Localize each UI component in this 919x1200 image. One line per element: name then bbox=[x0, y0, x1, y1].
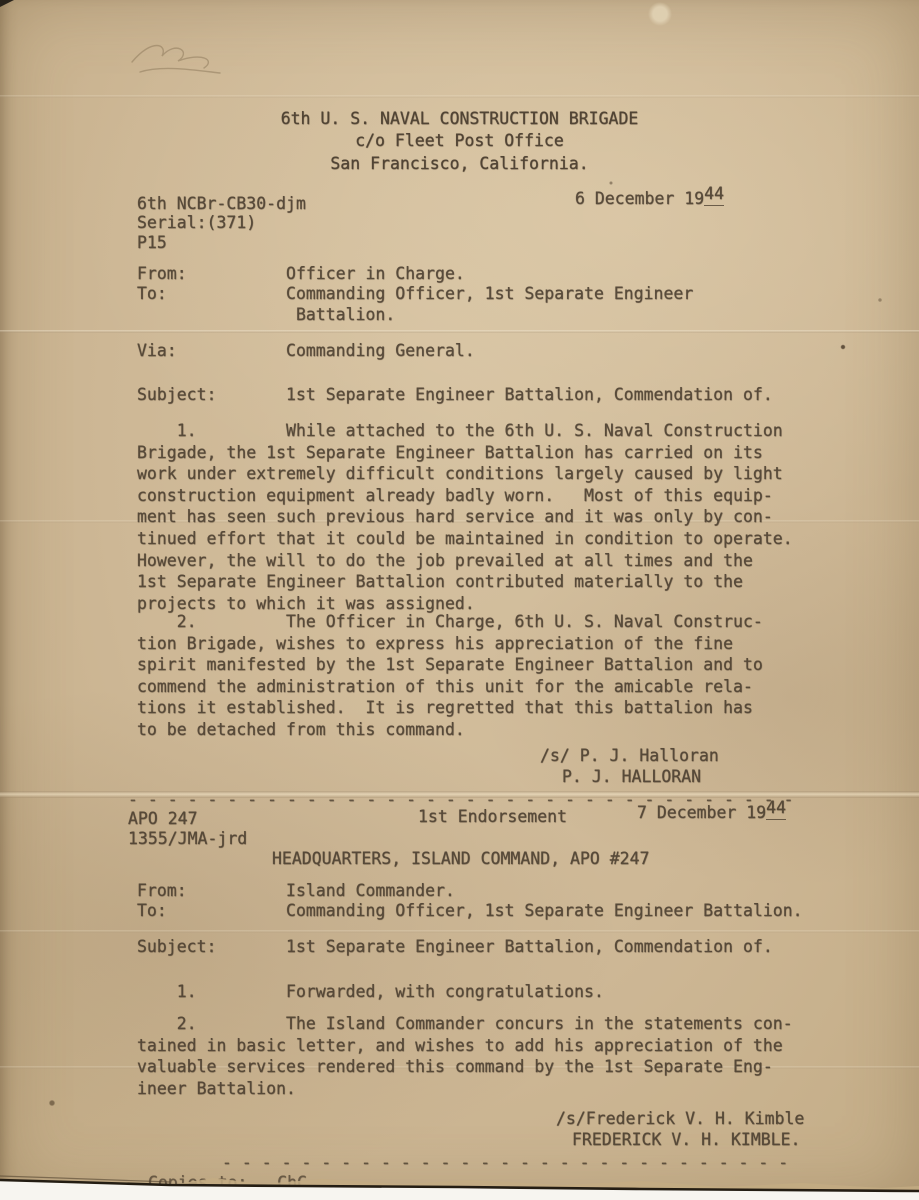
letter-reference-block: 6th NCBr-CB30-djm Serial:(371) P15 bbox=[137, 194, 306, 252]
endorsement-date-main: 7 December 19 bbox=[637, 803, 766, 822]
endorsement-date-year-superscript: 44 bbox=[766, 797, 786, 820]
letter-subject-line: Subject: 1st Separate Engineer Battalion… bbox=[137, 384, 773, 406]
endorsement-paragraph-2: 2. The Island Commander concurs in the s… bbox=[137, 1013, 793, 1099]
endorsement-address-block: From: Island Commander. To: Commanding O… bbox=[137, 881, 803, 922]
footer-distribution-line: Copies to: ChC bbox=[148, 1172, 307, 1185]
corner-tear bbox=[0, 0, 14, 7]
letter-paragraph-1: 1. While attached to the 6th U. S. Naval… bbox=[137, 420, 793, 614]
endorsement-date: 7 December 1944 bbox=[637, 802, 786, 825]
endorsement-signature-slash: /s/Frederick V. H. Kimble bbox=[556, 1108, 804, 1130]
letter-date: 6 December 1944 bbox=[575, 188, 724, 211]
letter-address-block: From: Officer in Charge. To: Commanding … bbox=[137, 264, 693, 325]
endorsement-apo: APO 247 bbox=[128, 808, 198, 830]
scanned-letter: 6th U. S. NAVAL CONSTRUCTION BRIGADE c/o… bbox=[0, 0, 919, 1200]
bottom-divider: - - - - - - - - - - - - - - - - - - - - … bbox=[222, 1152, 788, 1174]
letter-signature-typed: P. J. HALLORAN bbox=[562, 766, 701, 788]
endorsement-paragraph-1: 1. Forwarded, with congratulations. bbox=[137, 981, 604, 1003]
endorsement-reference: 1355/JMA-jrd bbox=[128, 828, 247, 850]
endorsement-signature-typed: FREDERICK V. H. KIMBLE. bbox=[572, 1129, 800, 1151]
endorsement-subject-line: Subject: 1st Separate Engineer Battalion… bbox=[137, 936, 773, 958]
letter-via-line: Via: Commanding General. bbox=[137, 340, 475, 362]
endorsement-headquarters: HEADQUARTERS, ISLAND COMMAND, APO #247 bbox=[272, 848, 650, 870]
letter-date-main: 6 December 19 bbox=[575, 189, 704, 208]
letter-date-year-superscript: 44 bbox=[704, 183, 724, 206]
endorsement-title: 1st Endorsement bbox=[418, 806, 567, 828]
letterhead: 6th U. S. NAVAL CONSTRUCTION BRIGADE c/o… bbox=[0, 108, 919, 175]
letter-signature-slash: /s/ P. J. Halloran bbox=[540, 745, 719, 767]
letter-paragraph-2: 2. The Officer in Charge, 6th U. S. Nava… bbox=[137, 611, 763, 741]
